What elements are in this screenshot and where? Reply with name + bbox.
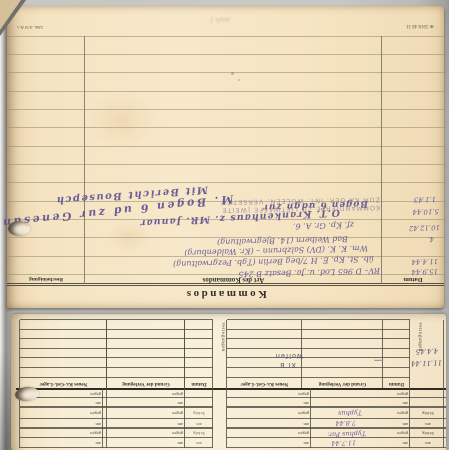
column-rule <box>381 36 382 284</box>
stub-label: Erfolg <box>412 432 444 437</box>
heavy-section-rule <box>16 388 446 390</box>
cell-label-gegen: gegen <box>172 392 183 397</box>
section-label-verlegungen-right: Verlegungen <box>220 322 225 376</box>
grid-line <box>20 348 213 349</box>
cell-label-am: am <box>96 441 102 446</box>
cell-label-gegen: gegen <box>172 432 183 437</box>
ruled-line <box>7 91 444 92</box>
grid-line <box>20 357 213 358</box>
transfer-header-lager-left: Neues Kr.-Gef.-Lager <box>227 381 302 387</box>
page-corner-curl <box>0 0 21 30</box>
transfer-header-grund-right: Grund der Verlegung <box>107 381 185 387</box>
cell-label-gegen: gegen <box>298 412 309 417</box>
cell-label-am: am <box>178 441 184 446</box>
cell-label-am: am <box>304 422 310 427</box>
handwritten-vacc-entry: Typhus <box>338 409 362 418</box>
grid-line <box>409 320 410 448</box>
ruled-line <box>7 164 444 165</box>
stub-label: Erfolg <box>187 432 211 437</box>
cell-label-am: am <box>304 441 310 446</box>
cell-label-gegen: gegen <box>397 412 408 417</box>
cell-label-am: am <box>178 422 184 427</box>
cell-label-am: am <box>96 401 102 406</box>
ruled-line <box>7 109 444 110</box>
grid-line <box>443 320 444 448</box>
grid-line <box>227 348 410 349</box>
cell-label-gegen: gegen <box>397 392 408 397</box>
double-rule-top <box>7 286 444 287</box>
transfer-header-grund-left: Grund der Verlegung <box>302 381 383 387</box>
ruled-line <box>7 182 444 183</box>
grid-line <box>212 320 213 448</box>
grid-line <box>20 338 213 339</box>
grid-line <box>20 377 213 378</box>
cell-label-gegen: gegen <box>298 392 309 397</box>
grid-line <box>227 397 446 398</box>
grid-line <box>227 447 446 448</box>
handwritten-date: 11.4.44 <box>384 257 438 267</box>
grid-line <box>102 388 103 448</box>
page-verlegungen-content: Datum Grund der Verlegung Neues Kr.-Gef.… <box>11 314 446 450</box>
page-verlegungen: Datum Grund der Verlegung Neues Kr.-Gef.… <box>11 314 446 450</box>
transfer-reason: — <box>374 356 382 365</box>
stub-label: am <box>412 422 444 427</box>
grid-line <box>20 329 213 330</box>
faint-pencil-scribble: nnuh. f <box>210 16 230 25</box>
ruled-line <box>7 127 444 128</box>
stub-label: Erfolg <box>412 412 444 417</box>
grid-line <box>227 319 410 320</box>
transfer-camp: Wolfen <box>275 352 303 360</box>
handwritten-entry: zf. Kp. Gr. A. 6. <box>293 220 354 231</box>
grid-line <box>227 357 410 358</box>
grid-line <box>227 377 410 378</box>
cell-label-gegen: gegen <box>90 412 101 417</box>
cell-label-gegen: gegen <box>90 432 101 437</box>
cell-label-gegen: gegen <box>172 412 183 417</box>
page-title: Kommandos <box>7 288 444 300</box>
page-kommandos-content: Kommandos Datum Art des Kommandos Besche… <box>7 6 444 308</box>
grid-line <box>227 329 410 330</box>
cell-label-am: am <box>304 401 310 406</box>
transfer-date: 11.11.44 <box>411 358 442 367</box>
stub-label: am <box>187 441 211 446</box>
cell-label-am: am <box>178 401 184 406</box>
ruled-line <box>7 146 444 147</box>
cell-label-gegen: gegen <box>298 432 309 437</box>
transfer-header-datum-left: Datum <box>383 381 410 387</box>
ruled-line <box>7 36 444 37</box>
handwritten-date: 4. <box>380 235 434 245</box>
grid-line <box>226 320 227 448</box>
print-code-bottom-left: ⊕ 5018 48 31 <box>406 23 434 29</box>
column-rule <box>84 36 85 284</box>
page-kommandos: Kommandos Datum Art des Kommandos Besche… <box>7 6 444 308</box>
cell-label-am: am <box>403 441 409 446</box>
handwritten-vacc-entry: 11.7.44 <box>331 439 356 448</box>
handwritten-date: 1.1.43 <box>382 195 436 205</box>
grid-line <box>20 319 213 320</box>
grid-line <box>310 388 311 448</box>
column-header-bescheinigung: Bescheinigung <box>7 277 85 283</box>
cell-label-gegen: gegen <box>397 432 408 437</box>
handwritten-vacc-entry: 7.8.44 <box>335 419 356 428</box>
cell-label-gegen: gegen <box>90 392 101 397</box>
scanned-document-photo: Kommandos Datum Art des Kommandos Besche… <box>0 0 449 450</box>
stub-label: Erfolg <box>187 412 211 417</box>
handwritten-vacc-entry: Typhus Par. <box>328 429 367 438</box>
transfer-header-datum-right: Datum <box>185 381 213 387</box>
grid-line <box>19 320 20 448</box>
cell-label-am: am <box>96 422 102 427</box>
grid-line <box>227 406 446 408</box>
cell-label-am: am <box>403 401 409 406</box>
column-header-datum: Datum <box>382 276 444 283</box>
punch-hole-top-page <box>8 221 30 236</box>
transfer-date: 4.4.45 <box>416 347 439 356</box>
ruled-line <box>7 72 444 73</box>
transfer-header-lager-right: Neues Kr.-Gef.-Lager <box>20 381 107 387</box>
cell-label-am: am <box>403 422 409 427</box>
grid-line <box>227 367 410 368</box>
handwritten-date: 5.10.44 <box>385 207 439 217</box>
ruled-line <box>7 54 444 55</box>
transfer-camp: XI B <box>279 361 296 369</box>
grid-line <box>227 427 446 429</box>
stub-label: am <box>412 441 444 446</box>
handwritten-date: 10.12.42 <box>386 223 440 233</box>
grid-line <box>20 367 213 368</box>
column-header-art-des-kommandos: Art des Kommandos <box>85 276 382 284</box>
stub-label: am <box>187 422 211 427</box>
grid-line <box>227 338 410 339</box>
